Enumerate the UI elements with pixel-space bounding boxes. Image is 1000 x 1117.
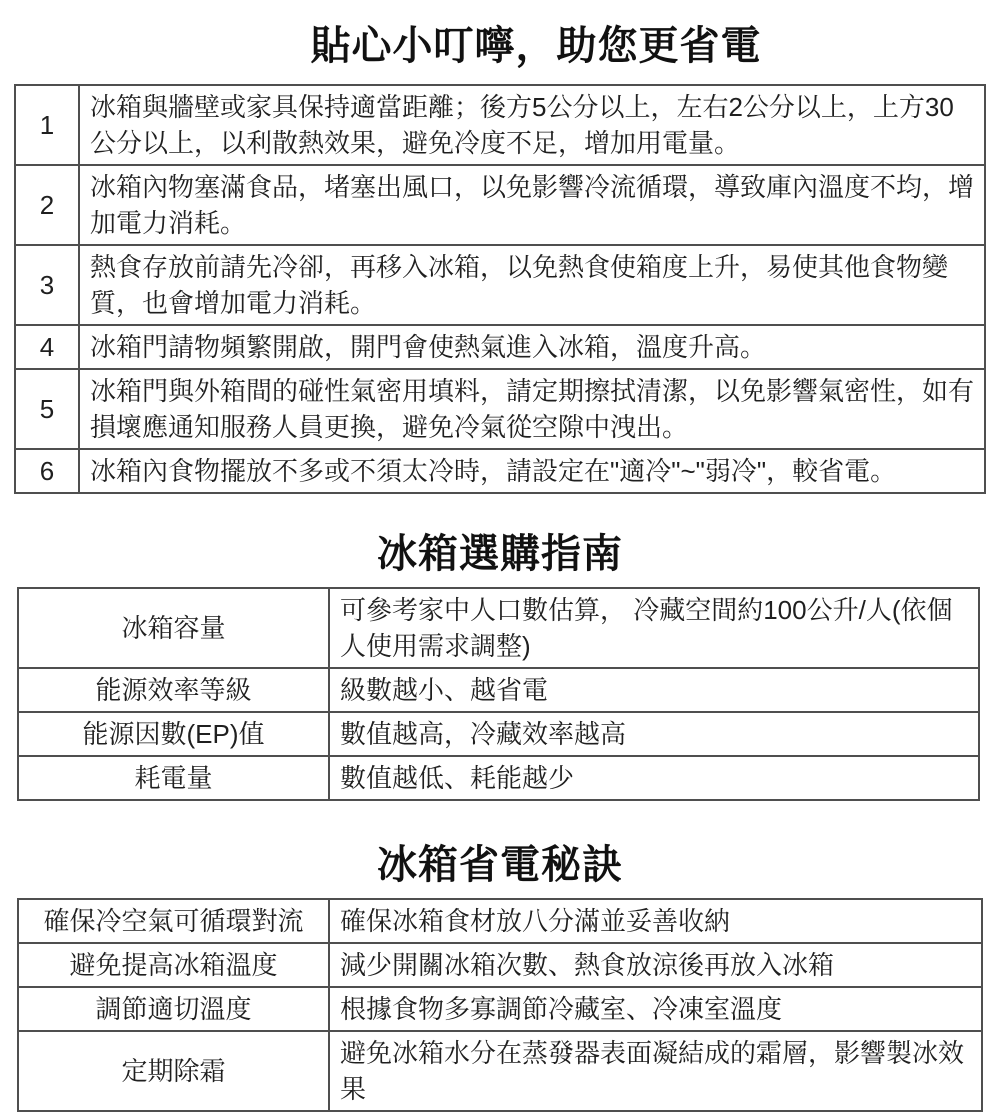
- buying-guide-table: 冰箱容量 可參考家中人口數估算， 冷藏空間約100公升/人(依個人使用需求調整)…: [17, 587, 980, 801]
- secret-description: 確保冰箱食材放八分滿並妥善收納: [329, 899, 982, 943]
- document-page: 貼心小叮嚀，助您更省電 1 冰箱與牆壁或家具保持適當距離；後方5公分以上，左右2…: [0, 0, 1000, 1117]
- guide-row: 冰箱容量 可參考家中人口數估算， 冷藏空間約100公升/人(依個人使用需求調整): [18, 588, 979, 668]
- reminder-number: 6: [15, 449, 79, 493]
- guide-criterion: 冰箱容量: [18, 588, 329, 668]
- secret-row: 調節適切溫度 根據食物多寡調節冷藏室、冷凍室溫度: [18, 987, 982, 1031]
- reminder-text: 熱食存放前請先冷卻，再移入冰箱，以免熱食使箱度上升，易使其他食物變質，也會增加電…: [79, 245, 985, 325]
- secret-description: 避免冰箱水分在蒸發器表面凝結成的霜層，影響製冰效果: [329, 1031, 982, 1111]
- reminder-text: 冰箱內食物擺放不多或不須太冷時，請設定在"適冷"~"弱冷"，較省電。: [79, 449, 985, 493]
- power-saving-section-title: 冰箱省電秘訣: [0, 841, 1000, 889]
- secret-description: 根據食物多寡調節冷藏室、冷凍室溫度: [329, 987, 982, 1031]
- reminders-table: 1 冰箱與牆壁或家具保持適當距離；後方5公分以上，左右2公分以上，上方30公分以…: [14, 84, 986, 494]
- guide-row: 耗電量 數值越低、耗能越少: [18, 756, 979, 800]
- reminder-row: 1 冰箱與牆壁或家具保持適當距離；後方5公分以上，左右2公分以上，上方30公分以…: [15, 85, 985, 165]
- guide-description: 數值越高，冷藏效率越高: [329, 712, 979, 756]
- secret-topic: 定期除霜: [18, 1031, 329, 1111]
- reminder-number: 3: [15, 245, 79, 325]
- guide-row: 能源效率等級 級數越小、越省電: [18, 668, 979, 712]
- guide-criterion: 能源因數(EP)值: [18, 712, 329, 756]
- secret-row: 避免提高冰箱溫度 減少開關冰箱次數、熱食放涼後再放入冰箱: [18, 943, 982, 987]
- reminder-number: 5: [15, 369, 79, 449]
- reminder-row: 5 冰箱門與外箱間的碰性氣密用填料，請定期擦拭清潔，以免影響氣密性，如有損壞應通…: [15, 369, 985, 449]
- guide-row: 能源因數(EP)值 數值越高，冷藏效率越高: [18, 712, 979, 756]
- secret-topic: 確保冷空氣可循環對流: [18, 899, 329, 943]
- secret-description: 減少開關冰箱次數、熱食放涼後再放入冰箱: [329, 943, 982, 987]
- power-saving-table: 確保冷空氣可循環對流 確保冰箱食材放八分滿並妥善收納 避免提高冰箱溫度 減少開關…: [17, 898, 983, 1112]
- guide-description: 數值越低、耗能越少: [329, 756, 979, 800]
- reminder-text: 冰箱門與外箱間的碰性氣密用填料，請定期擦拭清潔，以免影響氣密性，如有損壞應通知服…: [79, 369, 985, 449]
- guide-description: 級數越小、越省電: [329, 668, 979, 712]
- reminder-number: 4: [15, 325, 79, 369]
- guide-description: 可參考家中人口數估算， 冷藏空間約100公升/人(依個人使用需求調整): [329, 588, 979, 668]
- reminder-text: 冰箱內物塞滿食品，堵塞出風口，以免影響冷流循環，導致庫內溫度不均，增加電力消耗。: [79, 165, 985, 245]
- reminder-row: 4 冰箱門請物頻繁開啟，開門會使熱氣進入冰箱，溫度升高。: [15, 325, 985, 369]
- reminder-number: 2: [15, 165, 79, 245]
- guide-criterion: 能源效率等級: [18, 668, 329, 712]
- secret-row: 確保冷空氣可循環對流 確保冰箱食材放八分滿並妥善收納: [18, 899, 982, 943]
- buying-guide-section-title: 冰箱選購指南: [0, 530, 1000, 578]
- secret-topic: 調節適切溫度: [18, 987, 329, 1031]
- reminder-number: 1: [15, 85, 79, 165]
- guide-criterion: 耗電量: [18, 756, 329, 800]
- reminder-text: 冰箱門請物頻繁開啟，開門會使熱氣進入冰箱，溫度升高。: [79, 325, 985, 369]
- reminder-row: 6 冰箱內食物擺放不多或不須太冷時，請設定在"適冷"~"弱冷"，較省電。: [15, 449, 985, 493]
- reminders-section-title: 貼心小叮嚀，助您更省電: [0, 22, 1000, 70]
- reminder-row: 3 熱食存放前請先冷卻，再移入冰箱，以免熱食使箱度上升，易使其他食物變質，也會增…: [15, 245, 985, 325]
- reminder-text: 冰箱與牆壁或家具保持適當距離；後方5公分以上，左右2公分以上，上方30公分以上，…: [79, 85, 985, 165]
- reminder-row: 2 冰箱內物塞滿食品，堵塞出風口，以免影響冷流循環，導致庫內溫度不均，增加電力消…: [15, 165, 985, 245]
- secret-topic: 避免提高冰箱溫度: [18, 943, 329, 987]
- secret-row: 定期除霜 避免冰箱水分在蒸發器表面凝結成的霜層，影響製冰效果: [18, 1031, 982, 1111]
